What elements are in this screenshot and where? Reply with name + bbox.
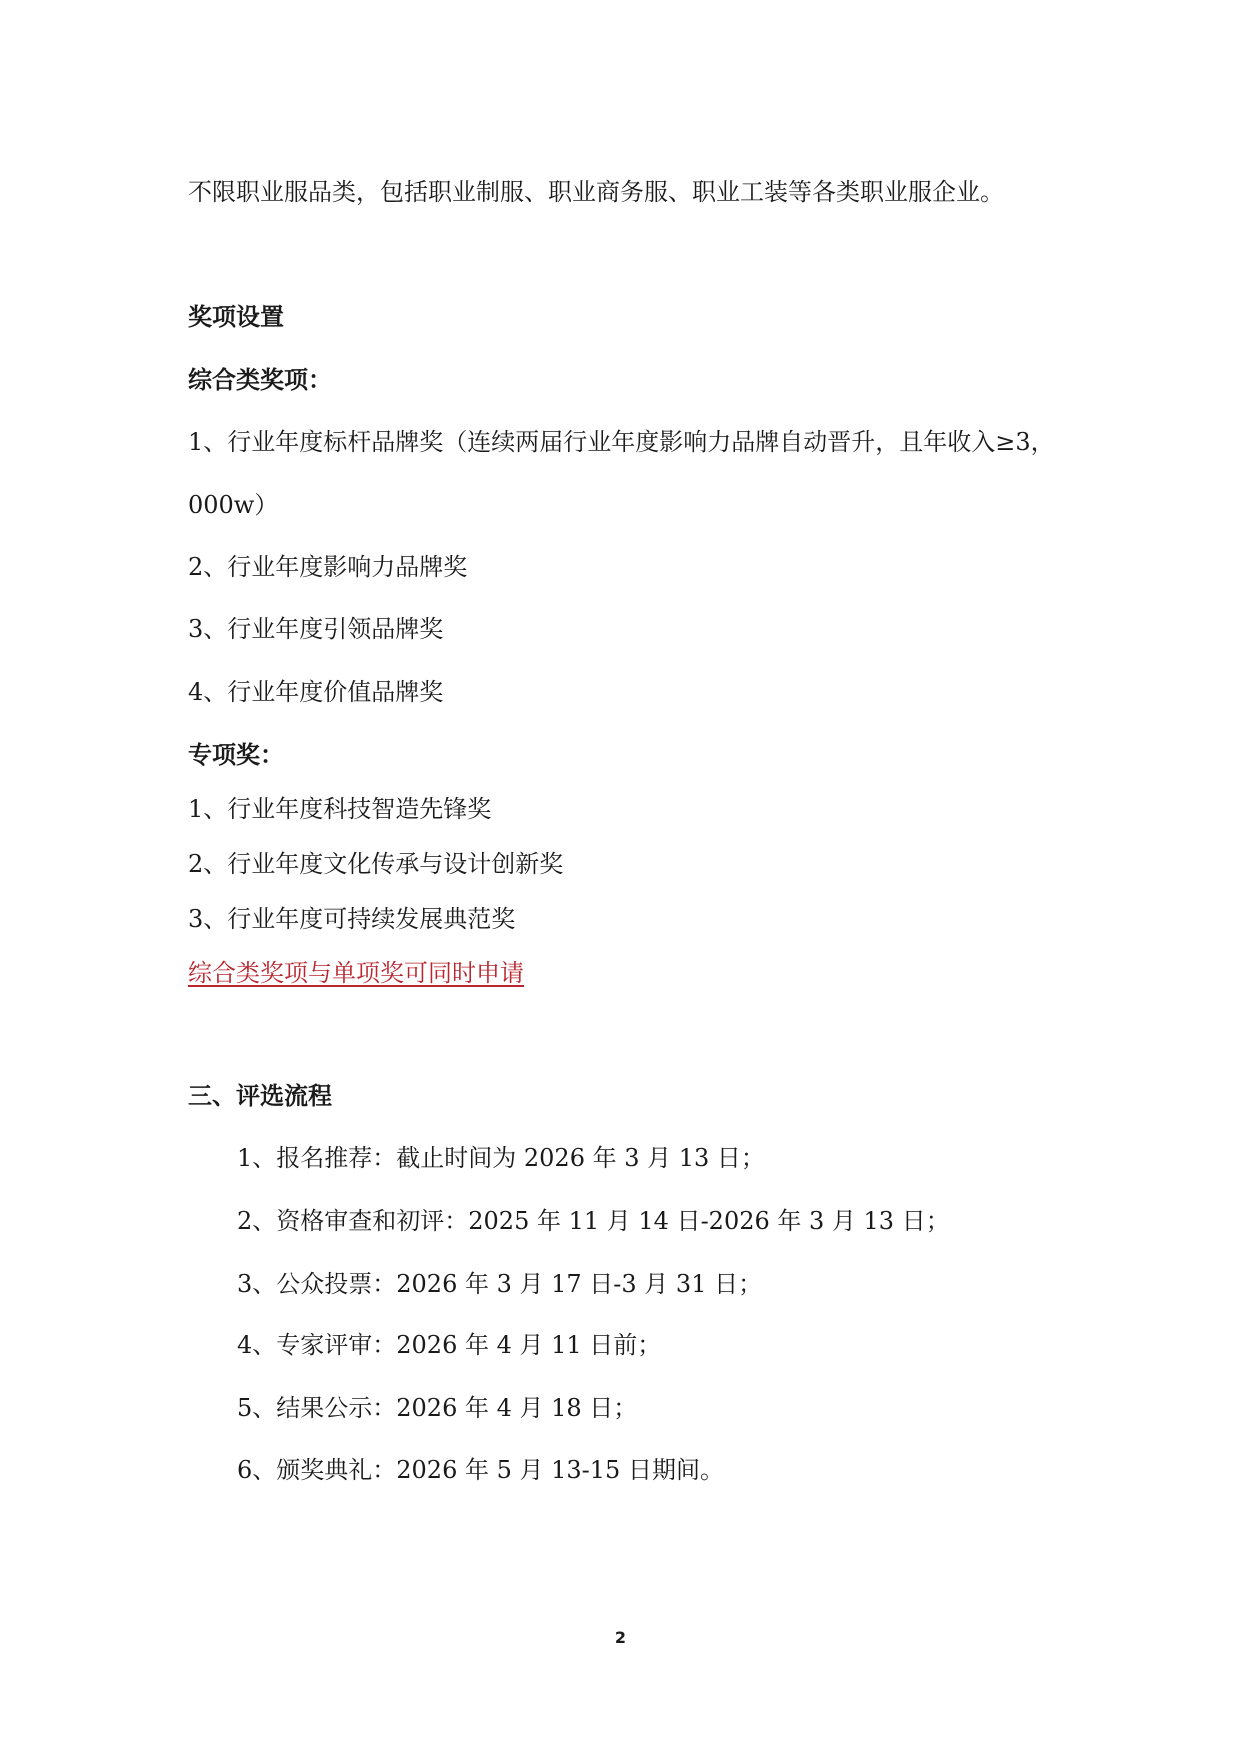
comprehensive-award-item: 3、行业年度引领品牌奖 bbox=[188, 614, 443, 644]
special-award-item: 1、行业年度科技智造先锋奖 bbox=[188, 794, 491, 824]
comprehensive-award-item-continued: 000w） bbox=[188, 490, 278, 520]
process-heading: 三、评选流程 bbox=[188, 1081, 332, 1111]
page-number: 2 bbox=[0, 1628, 1241, 1647]
comprehensive-awards-heading: 综合类奖项： bbox=[188, 365, 332, 395]
special-award-item: 3、行业年度可持续发展典范奖 bbox=[188, 904, 515, 934]
process-step: 3、公众投票：2026 年 3 月 17 日-3 月 31 日； bbox=[237, 1269, 762, 1299]
special-award-item: 2、行业年度文化传承与设计创新奖 bbox=[188, 849, 563, 879]
comprehensive-award-item: 4、行业年度价值品牌奖 bbox=[188, 677, 443, 707]
process-step: 1、报名推荐：截止时间为 2026 年 3 月 13 日； bbox=[237, 1143, 765, 1173]
comprehensive-award-item: 1、行业年度标杆品牌奖（连续两届行业年度影响力品牌自动晋升，且年收入≥3， bbox=[188, 427, 1055, 457]
intro-paragraph: 不限职业服品类，包括职业制服、职业商务服、职业工装等各类职业服企业。 bbox=[188, 177, 1004, 207]
special-awards-heading: 专项奖： bbox=[188, 740, 284, 770]
process-step: 5、结果公示：2026 年 4 月 18 日； bbox=[237, 1393, 637, 1423]
comprehensive-award-item: 2、行业年度影响力品牌奖 bbox=[188, 552, 467, 582]
process-step: 6、颁奖典礼：2026 年 5 月 13-15 日期间。 bbox=[237, 1455, 724, 1485]
process-step: 2、资格审查和初评：2025 年 11 月 14 日-2026 年 3 月 13… bbox=[237, 1206, 950, 1236]
awards-heading: 奖项设置 bbox=[188, 302, 284, 332]
concurrent-application-note: 综合类奖项与单项奖可同时申请 bbox=[188, 958, 524, 988]
process-step: 4、专家评审：2026 年 4 月 11 日前； bbox=[237, 1330, 661, 1360]
